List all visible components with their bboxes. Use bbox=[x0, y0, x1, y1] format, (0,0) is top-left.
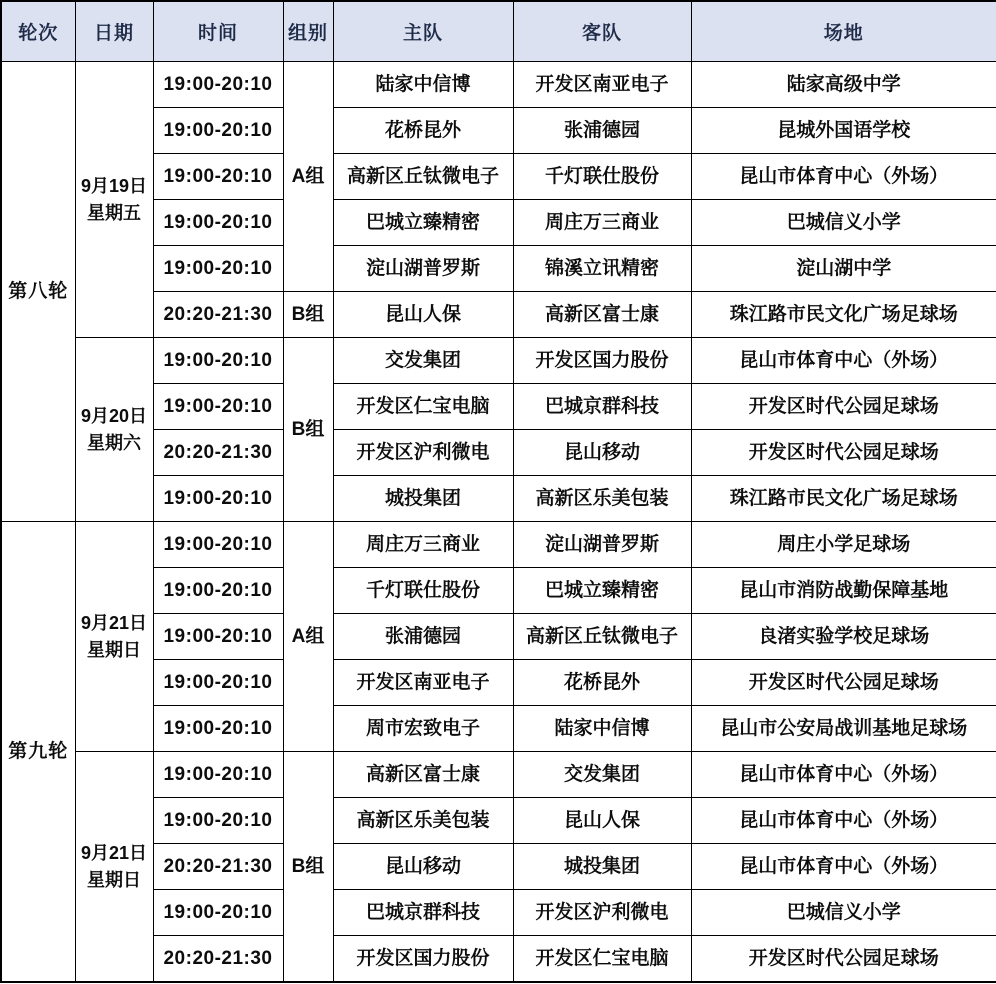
time-cell: 19:00-20:10 bbox=[153, 476, 283, 522]
home-team-cell: 城投集团 bbox=[333, 476, 513, 522]
venue-cell: 珠江路市民文化广场足球场 bbox=[691, 292, 996, 338]
time-cell: 19:00-20:10 bbox=[153, 568, 283, 614]
home-team-cell: 千灯联仕股份 bbox=[333, 568, 513, 614]
venue-cell: 周庄小学足球场 bbox=[691, 522, 996, 568]
home-team-cell: 高新区乐美包装 bbox=[333, 798, 513, 844]
time-cell: 19:00-20:10 bbox=[153, 338, 283, 384]
column-header-time: 时间 bbox=[153, 1, 283, 62]
round-cell: 第八轮 bbox=[1, 62, 75, 522]
venue-cell: 淀山湖中学 bbox=[691, 246, 996, 292]
venue-cell: 昆山市消防战勤保障基地 bbox=[691, 568, 996, 614]
time-cell: 19:00-20:10 bbox=[153, 200, 283, 246]
group-cell: A组 bbox=[283, 522, 333, 752]
time-cell: 19:00-20:10 bbox=[153, 798, 283, 844]
schedule-page: 轮次 日期 时间 组别 主队 客队 场地 第八轮 9月19日 星期五 19:00… bbox=[0, 0, 996, 984]
time-cell: 19:00-20:10 bbox=[153, 752, 283, 798]
column-header-venue: 场地 bbox=[691, 1, 996, 62]
time-cell: 20:20-21:30 bbox=[153, 292, 283, 338]
group-cell: B组 bbox=[283, 292, 333, 338]
away-team-cell: 开发区仁宝电脑 bbox=[513, 936, 691, 983]
venue-cell: 陆家高级中学 bbox=[691, 62, 996, 108]
venue-cell: 珠江路市民文化广场足球场 bbox=[691, 476, 996, 522]
home-team-cell: 高新区富士康 bbox=[333, 752, 513, 798]
away-team-cell: 周庄万三商业 bbox=[513, 200, 691, 246]
home-team-cell: 淀山湖普罗斯 bbox=[333, 246, 513, 292]
away-team-cell: 城投集团 bbox=[513, 844, 691, 890]
venue-cell: 开发区时代公园足球场 bbox=[691, 430, 996, 476]
match-row: 9月20日 星期六 19:00-20:10 B组 交发集团 开发区国力股份 昆山… bbox=[1, 338, 996, 384]
venue-cell: 昆山市体育中心（外场） bbox=[691, 752, 996, 798]
venue-cell: 巴城信义小学 bbox=[691, 890, 996, 936]
time-cell: 19:00-20:10 bbox=[153, 614, 283, 660]
group-cell: B组 bbox=[283, 752, 333, 983]
away-team-cell: 昆山人保 bbox=[513, 798, 691, 844]
column-header-away-team: 客队 bbox=[513, 1, 691, 62]
time-cell: 20:20-21:30 bbox=[153, 936, 283, 983]
date-cell: 9月20日 星期六 bbox=[75, 338, 153, 522]
time-cell: 20:20-21:30 bbox=[153, 430, 283, 476]
venue-cell: 开发区时代公园足球场 bbox=[691, 936, 996, 983]
home-team-cell: 开发区国力股份 bbox=[333, 936, 513, 983]
home-team-cell: 巴城京群科技 bbox=[333, 890, 513, 936]
home-team-cell: 昆山人保 bbox=[333, 292, 513, 338]
venue-cell: 开发区时代公园足球场 bbox=[691, 384, 996, 430]
away-team-cell: 高新区富士康 bbox=[513, 292, 691, 338]
match-row: 第九轮 9月21日 星期日 19:00-20:10 A组 周庄万三商业 淀山湖普… bbox=[1, 522, 996, 568]
venue-cell: 昆城外国语学校 bbox=[691, 108, 996, 154]
home-team-cell: 开发区仁宝电脑 bbox=[333, 384, 513, 430]
away-team-cell: 巴城京群科技 bbox=[513, 384, 691, 430]
away-team-cell: 交发集团 bbox=[513, 752, 691, 798]
home-team-cell: 周庄万三商业 bbox=[333, 522, 513, 568]
home-team-cell: 巴城立臻精密 bbox=[333, 200, 513, 246]
away-team-cell: 淀山湖普罗斯 bbox=[513, 522, 691, 568]
away-team-cell: 锦溪立讯精密 bbox=[513, 246, 691, 292]
match-schedule-table: 轮次 日期 时间 组别 主队 客队 场地 第八轮 9月19日 星期五 19:00… bbox=[0, 0, 996, 983]
time-cell: 19:00-20:10 bbox=[153, 108, 283, 154]
away-team-cell: 开发区南亚电子 bbox=[513, 62, 691, 108]
group-cell: A组 bbox=[283, 62, 333, 292]
date-cell: 9月21日 星期日 bbox=[75, 522, 153, 752]
home-team-cell: 昆山移动 bbox=[333, 844, 513, 890]
time-cell: 19:00-20:10 bbox=[153, 384, 283, 430]
column-header-date: 日期 bbox=[75, 1, 153, 62]
venue-cell: 昆山市公安局战训基地足球场 bbox=[691, 706, 996, 752]
away-team-cell: 花桥昆外 bbox=[513, 660, 691, 706]
venue-cell: 昆山市体育中心（外场） bbox=[691, 844, 996, 890]
column-header-group: 组别 bbox=[283, 1, 333, 62]
away-team-cell: 高新区乐美包装 bbox=[513, 476, 691, 522]
time-cell: 19:00-20:10 bbox=[153, 660, 283, 706]
time-cell: 19:00-20:10 bbox=[153, 522, 283, 568]
round-cell: 第九轮 bbox=[1, 522, 75, 983]
home-team-cell: 周市宏致电子 bbox=[333, 706, 513, 752]
away-team-cell: 陆家中信博 bbox=[513, 706, 691, 752]
time-cell: 19:00-20:10 bbox=[153, 890, 283, 936]
match-row: 9月21日 星期日 19:00-20:10 B组 高新区富士康 交发集团 昆山市… bbox=[1, 752, 996, 798]
home-team-cell: 张浦德园 bbox=[333, 614, 513, 660]
venue-cell: 开发区时代公园足球场 bbox=[691, 660, 996, 706]
venue-cell: 良渚实验学校足球场 bbox=[691, 614, 996, 660]
home-team-cell: 交发集团 bbox=[333, 338, 513, 384]
away-team-cell: 巴城立臻精密 bbox=[513, 568, 691, 614]
column-header-round: 轮次 bbox=[1, 1, 75, 62]
time-cell: 20:20-21:30 bbox=[153, 844, 283, 890]
home-team-cell: 开发区南亚电子 bbox=[333, 660, 513, 706]
venue-cell: 巴城信义小学 bbox=[691, 200, 996, 246]
time-cell: 19:00-20:10 bbox=[153, 154, 283, 200]
header-row: 轮次 日期 时间 组别 主队 客队 场地 bbox=[1, 1, 996, 62]
away-team-cell: 千灯联仕股份 bbox=[513, 154, 691, 200]
home-team-cell: 陆家中信博 bbox=[333, 62, 513, 108]
away-team-cell: 高新区丘钛微电子 bbox=[513, 614, 691, 660]
home-team-cell: 花桥昆外 bbox=[333, 108, 513, 154]
date-cell: 9月21日 星期日 bbox=[75, 752, 153, 983]
time-cell: 19:00-20:10 bbox=[153, 706, 283, 752]
column-header-home-team: 主队 bbox=[333, 1, 513, 62]
away-team-cell: 昆山移动 bbox=[513, 430, 691, 476]
venue-cell: 昆山市体育中心（外场） bbox=[691, 338, 996, 384]
away-team-cell: 开发区沪利微电 bbox=[513, 890, 691, 936]
match-row: 第八轮 9月19日 星期五 19:00-20:10 A组 陆家中信博 开发区南亚… bbox=[1, 62, 996, 108]
home-team-cell: 开发区沪利微电 bbox=[333, 430, 513, 476]
group-cell: B组 bbox=[283, 338, 333, 522]
time-cell: 19:00-20:10 bbox=[153, 62, 283, 108]
away-team-cell: 开发区国力股份 bbox=[513, 338, 691, 384]
venue-cell: 昆山市体育中心（外场） bbox=[691, 798, 996, 844]
away-team-cell: 张浦德园 bbox=[513, 108, 691, 154]
date-cell: 9月19日 星期五 bbox=[75, 62, 153, 338]
time-cell: 19:00-20:10 bbox=[153, 246, 283, 292]
venue-cell: 昆山市体育中心（外场） bbox=[691, 154, 996, 200]
home-team-cell: 高新区丘钛微电子 bbox=[333, 154, 513, 200]
